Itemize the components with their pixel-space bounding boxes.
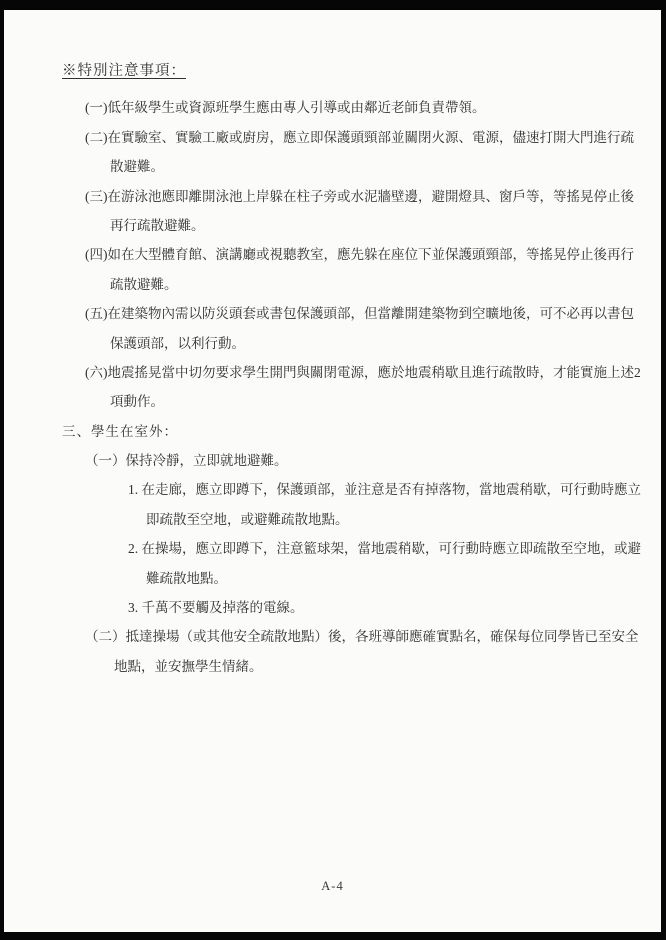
doc-line-item: (六)地震搖晃當中切勿要求學生開門與關閉電源，應於地震稍歇且進行疏散時，才能實施… (4, 358, 661, 387)
doc-line-item: (一)低年級學生或資源班學生應由專人引導或由鄰近老師負責帶領。 (4, 93, 661, 122)
page-number: A-4 (4, 879, 661, 894)
doc-line-item-cont: 再行疏散避難。 (4, 211, 661, 240)
doc-line-item: (二)在實驗室、實驗工廠或廚房，應立即保護頭頸部並關閉火源、電源，儘速打開大門進… (4, 123, 661, 152)
doc-line-num: 2. 在操場，應立即蹲下，注意籃球架，當地震稍歇，可行動時應立即疏散至空地，或避 (4, 534, 661, 563)
doc-line-item: (三)在游泳池應即離開泳池上岸躲在柱子旁或水泥牆壁邊，避開燈具、窗戶等，等搖晃停… (4, 182, 661, 211)
doc-line-item-cont: 疏散避難。 (4, 270, 661, 299)
doc-line-sub: （二）抵達操場（或其他安全疏散地點）後，各班導師應確實點名，確保每位同學皆已至安… (4, 622, 661, 651)
doc-line-item-cont: 項動作。 (4, 387, 661, 416)
doc-line-num: 1. 在走廊，應立即蹲下，保護頭部，並注意是否有掉落物，當地震稍歇，可行動時應立 (4, 475, 661, 504)
doc-line-item-cont: 保護頭部，以利行動。 (4, 329, 661, 358)
doc-line-num: 3. 千萬不要觸及掉落的電線。 (4, 593, 661, 622)
doc-line-item: (四)如在大型體育館、演講廳或視聽教室，應先躲在座位下並保護頭頸部，等搖晃停止後… (4, 240, 661, 269)
doc-line-section: 三、學生在室外： (4, 417, 661, 446)
doc-line-num-cont: 即疏散至空地，或避難疏散地點。 (4, 505, 661, 534)
document-body: ※特別注意事項：(一)低年級學生或資源班學生應由專人引導或由鄰近老師負責帶領。(… (4, 10, 661, 681)
doc-line-heading: ※特別注意事項： (4, 57, 661, 86)
doc-line-sub: （一）保持冷靜，立即就地避難。 (4, 446, 661, 475)
doc-line-sub-cont: 地點，並安撫學生情緒。 (4, 652, 661, 681)
scanned-page-frame: ※特別注意事項：(一)低年級學生或資源班學生應由專人引導或由鄰近老師負責帶領。(… (0, 0, 666, 940)
doc-line-item: (五)在建築物內需以防災頭套或書包保護頭部，但當離開建築物到空曠地後，可不必再以… (4, 299, 661, 328)
doc-line-num-cont: 難疏散地點。 (4, 564, 661, 593)
doc-line-item-cont: 散避難。 (4, 152, 661, 181)
document-page: ※特別注意事項：(一)低年級學生或資源班學生應由專人引導或由鄰近老師負責帶領。(… (4, 10, 661, 932)
